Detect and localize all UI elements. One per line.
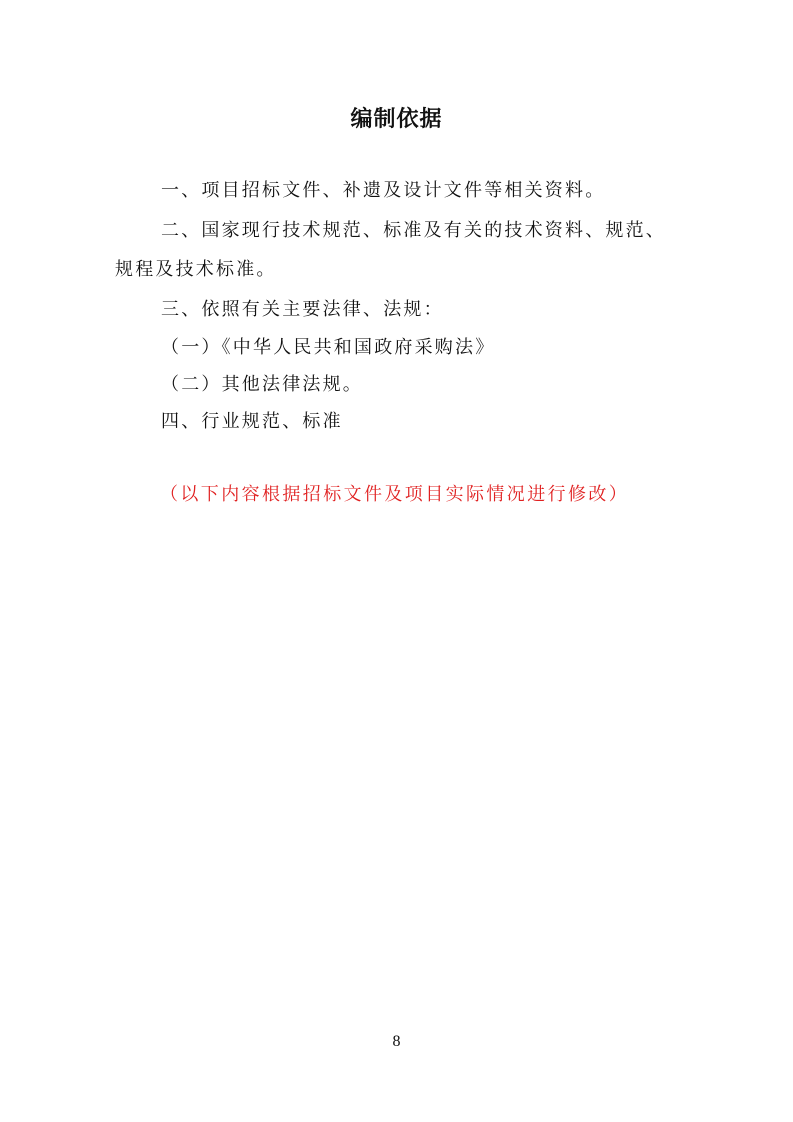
revision-note: （以下内容根据招标文件及项目实际情况进行修改） [160, 483, 629, 507]
page-number: 8 [0, 1033, 793, 1051]
sub-item-1: （一）《中华人民共和国政府采购法》 [161, 336, 495, 360]
paragraph-item-2-continued: 规程及技术标准。 [115, 258, 277, 282]
document-page: 编制依据 一、项目招标文件、补遗及设计文件等相关资料。 二、国家现行技术规范、标… [0, 0, 793, 1122]
paragraph-item-1: 一、项目招标文件、补遗及设计文件等相关资料。 [161, 179, 605, 203]
paragraph-item-4: 四、行业规范、标准 [161, 410, 343, 434]
sub-item-2: （二）其他法律法规。 [161, 373, 363, 397]
paragraph-item-2: 二、国家现行技术规范、标准及有关的技术资料、规范、 [161, 219, 666, 243]
page-title: 编制依据 [0, 102, 793, 133]
paragraph-item-3: 三、依照有关主要法律、法规： [161, 298, 444, 322]
